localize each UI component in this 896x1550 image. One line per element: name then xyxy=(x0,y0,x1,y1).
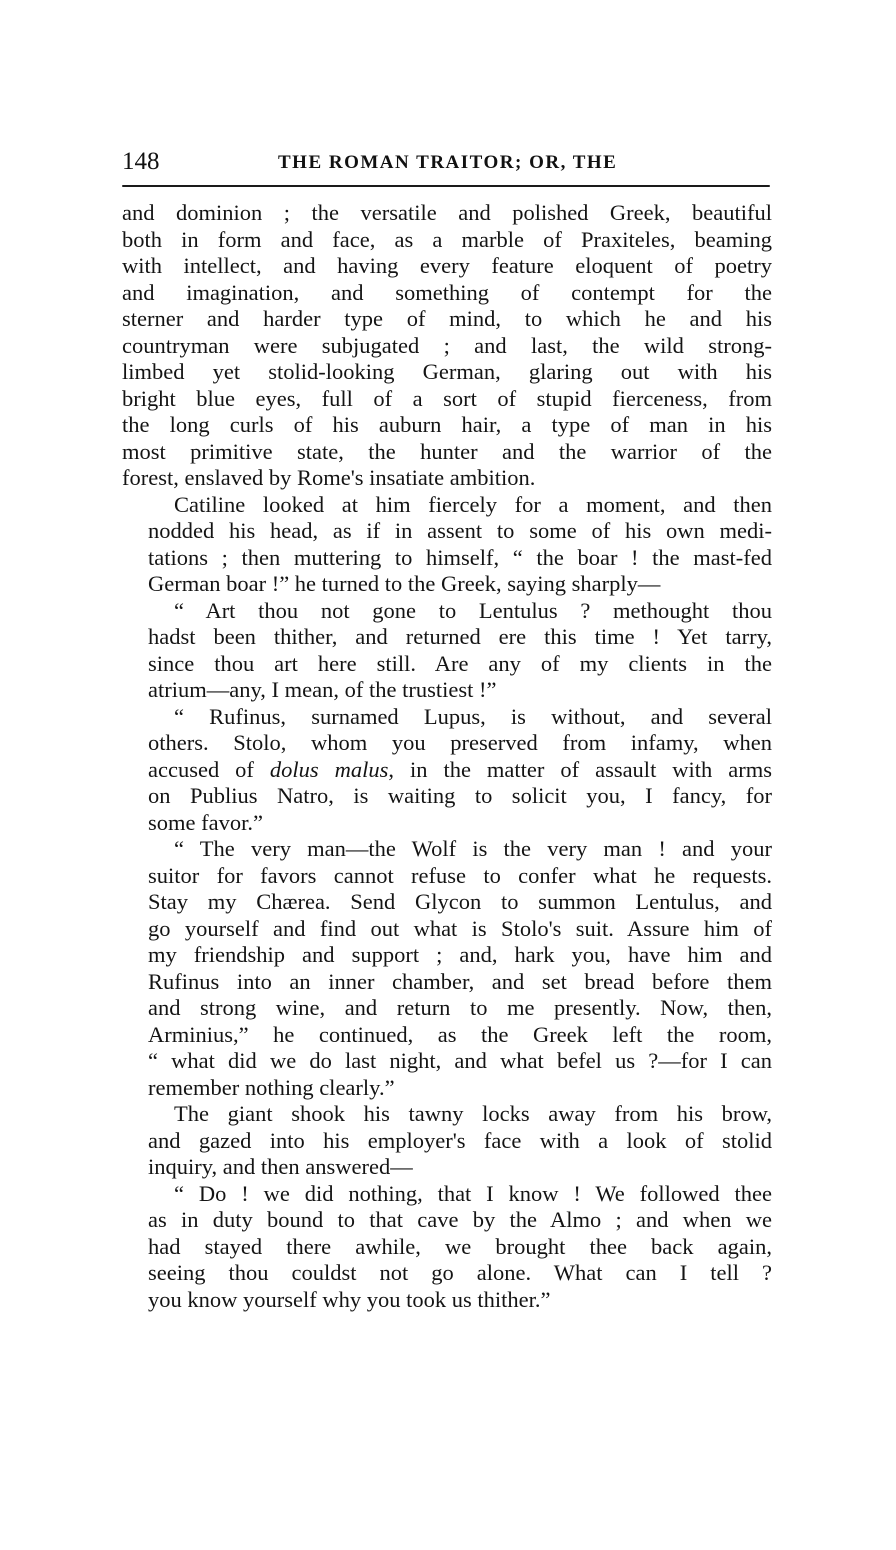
text-line: bright blue eyes, full of a sort of stup… xyxy=(122,386,772,413)
text-line: Arminius,” he continued, as the Greek le… xyxy=(122,1022,772,1049)
text-line: “ Do ! we did nothing, that I know ! We … xyxy=(122,1181,772,1208)
text-line: and dominion ; the versatile and polishe… xyxy=(122,200,772,227)
text-line: “ Art thou not gone to Lentulus ? methou… xyxy=(122,598,772,625)
text-line: seeing thou couldst not go alone. What c… xyxy=(122,1260,772,1287)
text-line: hadst been thither, and returned ere thi… xyxy=(122,624,772,651)
text-line: both in form and face, as a marble of Pr… xyxy=(122,227,772,254)
text-line: on Publius Natro, is waiting to solicit … xyxy=(122,783,772,810)
header-rule xyxy=(122,185,770,187)
paragraph-1: and dominion ; the versatile and polishe… xyxy=(122,200,772,492)
text-line: atrium—any, I mean, of the trustiest !” xyxy=(122,677,772,704)
body-text: and dominion ; the versatile and polishe… xyxy=(122,200,772,1313)
paragraph-3: “ Art thou not gone to Lentulus ? methou… xyxy=(122,598,772,704)
text-line: some favor.” xyxy=(122,810,772,837)
running-title: THE ROMAN TRAITOR; OR, THE xyxy=(278,152,617,174)
text-line: the long curls of his auburn hair, a typ… xyxy=(122,412,772,439)
paragraph-5: “ The very man—the Wolf is the very man … xyxy=(122,836,772,1101)
text-line: accused of dolus malus, in the matter of… xyxy=(122,757,772,784)
text-line: German boar !” he turned to the Greek, s… xyxy=(122,571,772,598)
italic-latin-term: dolus malus xyxy=(270,757,389,782)
text-line: go yourself and find out what is Stolo's… xyxy=(122,916,772,943)
text-line: Stay my Chærea. Send Glycon to summon Le… xyxy=(122,889,772,916)
text-line: forest, enslaved by Rome's insatiate amb… xyxy=(122,465,772,492)
text-line: you know yourself why you took us thithe… xyxy=(122,1287,772,1314)
text-line: tations ; then muttering to himself, “ t… xyxy=(122,545,772,572)
text-line: countryman were subjugated ; and last, t… xyxy=(122,333,772,360)
text-line: “ Rufinus, surnamed Lupus, is without, a… xyxy=(122,704,772,731)
book-page: 148 THE ROMAN TRAITOR; OR, THE and domin… xyxy=(0,0,896,1550)
text-line: “ what did we do last night, and what be… xyxy=(122,1048,772,1075)
text-line: nodded his head, as if in assent to some… xyxy=(122,518,772,545)
text-line: sterner and harder type of mind, to whic… xyxy=(122,306,772,333)
text-fragment: , in the matter of assault with arms xyxy=(388,757,772,782)
text-fragment: accused of xyxy=(148,757,270,782)
paragraph-4: “ Rufinus, surnamed Lupus, is without, a… xyxy=(122,704,772,837)
text-line: since thou art here still. Are any of my… xyxy=(122,651,772,678)
paragraph-6: The giant shook his tawny locks away fro… xyxy=(122,1101,772,1181)
text-line: others. Stolo, whom you preserved from i… xyxy=(122,730,772,757)
paragraph-7: “ Do ! we did nothing, that I know ! We … xyxy=(122,1181,772,1314)
paragraph-2: Catiline looked at him fiercely for a mo… xyxy=(122,492,772,598)
text-line: “ The very man—the Wolf is the very man … xyxy=(122,836,772,863)
text-line: Catiline looked at him fiercely for a mo… xyxy=(122,492,772,519)
text-line: as in duty bound to that cave by the Alm… xyxy=(122,1207,772,1234)
text-line: and strong wine, and return to me presen… xyxy=(122,995,772,1022)
page-header: 148 THE ROMAN TRAITOR; OR, THE xyxy=(122,148,770,184)
text-line: suitor for favors cannot refuse to confe… xyxy=(122,863,772,890)
text-line: Rufinus into an inner chamber, and set b… xyxy=(122,969,772,996)
text-line: limbed yet stolid-looking German, glarin… xyxy=(122,359,772,386)
text-line: inquiry, and then answered— xyxy=(122,1154,772,1181)
text-line: remember nothing clearly.” xyxy=(122,1075,772,1102)
text-line: and gazed into his employer's face with … xyxy=(122,1128,772,1155)
text-line: my friendship and support ; and, hark yo… xyxy=(122,942,772,969)
text-line: The giant shook his tawny locks away fro… xyxy=(122,1101,772,1128)
text-line: had stayed there awhile, we brought thee… xyxy=(122,1234,772,1261)
text-line: most primitive state, the hunter and the… xyxy=(122,439,772,466)
page-number: 148 xyxy=(122,148,160,176)
text-line: with intellect, and having every feature… xyxy=(122,253,772,280)
text-line: and imagination, and something of contem… xyxy=(122,280,772,307)
